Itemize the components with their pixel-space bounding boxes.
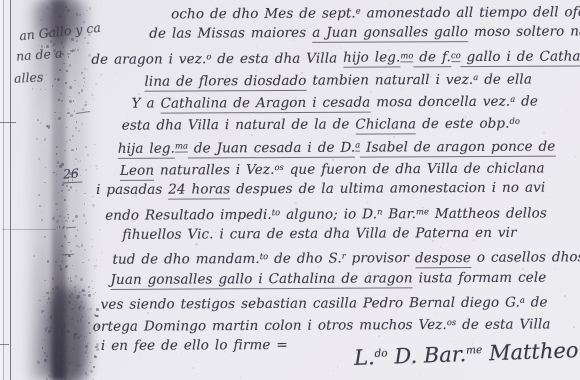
manuscript-line: fihuellos Vic. i cura de esta dha Villa … (0, 221, 580, 246)
manuscript-line: de aragon i vez.o de esta dha Villa hijo… (0, 43, 579, 68)
text-run: tambien naturall i vez. (306, 72, 473, 89)
text-run: Mattheo (482, 338, 579, 365)
text-run: de esta dha Villa (211, 50, 343, 67)
text-run: Y a (132, 96, 161, 112)
text-run: do (509, 116, 519, 126)
manuscript-line: lina de flores diosdado tambien naturall… (0, 65, 580, 90)
text-run: Chiclana (355, 117, 416, 135)
manuscript-line: Leon naturalles i Vez.os que fueron de d… (0, 155, 580, 180)
text-run: me (416, 206, 429, 216)
manuscript-line: endo Resultado impedi.to alguno; io D.n … (0, 199, 580, 224)
text-run: ma (175, 140, 188, 152)
text-run: gallo i de Catha (461, 49, 580, 68)
manuscript-line: esta dha Villa i natural de la de Chicla… (0, 110, 580, 135)
manuscript-line: tud de dho mandam.to de dho S.r provisor… (0, 244, 580, 269)
text-run: endo Resultado impedi. (105, 207, 272, 224)
manuscript-line: Juan gonsalles gallo i Cathalina de arag… (0, 266, 580, 291)
text-run: alguno; io D. (280, 206, 377, 223)
text-run: ortega Domingo martin colon i otros much… (93, 317, 447, 335)
text-run: mo (400, 50, 413, 62)
text-run: 24 horas (168, 182, 230, 200)
manuscript-line: hija leg.ma de Juan cesada i de D.a Isab… (0, 132, 580, 157)
text-run: de aragon i vez. (91, 51, 206, 68)
text-run: que fueron de dha Villa de chiclana (284, 161, 545, 178)
text-run: moso soltero naturall (468, 24, 580, 41)
text-run: de las Missas maiores (149, 25, 312, 42)
edge-tick-mark (0, 122, 16, 123)
manuscript-line: ves siendo testigos sebastian casilla Pe… (1, 288, 580, 313)
text-run: de dho S. (268, 251, 342, 267)
text-run: provisor (346, 250, 415, 266)
text-run: de este obp. (416, 116, 509, 132)
text-run: de f. (413, 50, 451, 68)
text-run: do (374, 347, 387, 359)
text-run: os (274, 162, 283, 172)
scanned-document-page: an Gallo y cana de aalles 26 ocho de dho… (0, 0, 580, 380)
text-run: me (466, 344, 483, 357)
text-run: D. Bar. (387, 342, 466, 369)
text-run: co (451, 50, 461, 62)
manuscript-line: ortega Domingo martin colon i otros much… (1, 311, 580, 336)
text-run: a Juan gonsalles gallo (312, 24, 468, 43)
text-run: esta dha Villa i natural de la de (122, 117, 356, 134)
text-run: Juan gonsalles gallo i Cathalina de arag… (110, 270, 412, 290)
text-run: de esta Villa (456, 317, 550, 333)
text-run: iusta formam cele (413, 269, 547, 286)
text-run: tud de dho mandam. (112, 251, 259, 268)
edge-tick-mark (0, 344, 9, 345)
text-run: Leon (120, 163, 154, 181)
text-run: to (272, 207, 280, 217)
text-run: fihuellos Vic. i cura de esta dha Villa … (122, 225, 516, 243)
text-run: hijo leg. (343, 50, 400, 68)
text-run: i en fee de ello lo firme = (101, 337, 288, 354)
text-run: de (525, 294, 548, 310)
text-run: amonestado all tiempo dell ofertorio (361, 4, 580, 21)
text-run: despose (415, 250, 471, 268)
manuscript: ocho de dho Mes de sept.e amonestado all… (0, 0, 580, 358)
text-run: mosa doncella vez. (370, 94, 510, 111)
manuscript-line: i pasadas 24 horas despues de la ultima … (0, 177, 580, 202)
text-run: ves siendo testigos sebastian casilla Pe… (101, 294, 520, 312)
text-run: o casellos dhos (471, 249, 580, 266)
manuscript-line: Y a Cathalina de Aragon i cesada mosa do… (0, 88, 580, 113)
text-run: i pasadas (96, 182, 168, 198)
text-run: hija leg. (118, 140, 175, 158)
text-run: despues de la ultima amonestacion i no a… (230, 180, 545, 198)
stray-mark (2, 229, 56, 230)
text-run: Bar. (382, 206, 416, 222)
text-run: de (515, 94, 538, 110)
text-run: Mattheos dellos (429, 205, 547, 222)
text-run: ocho de dho Mes de sept. (171, 5, 356, 22)
text-run: L. (354, 345, 375, 370)
text-run: to (260, 251, 268, 261)
manuscript-line: de las Missas maiores a Juan gonsalles g… (0, 21, 579, 46)
text-run: naturalles i Vez. (154, 162, 274, 179)
text-run: de ella (478, 71, 532, 87)
